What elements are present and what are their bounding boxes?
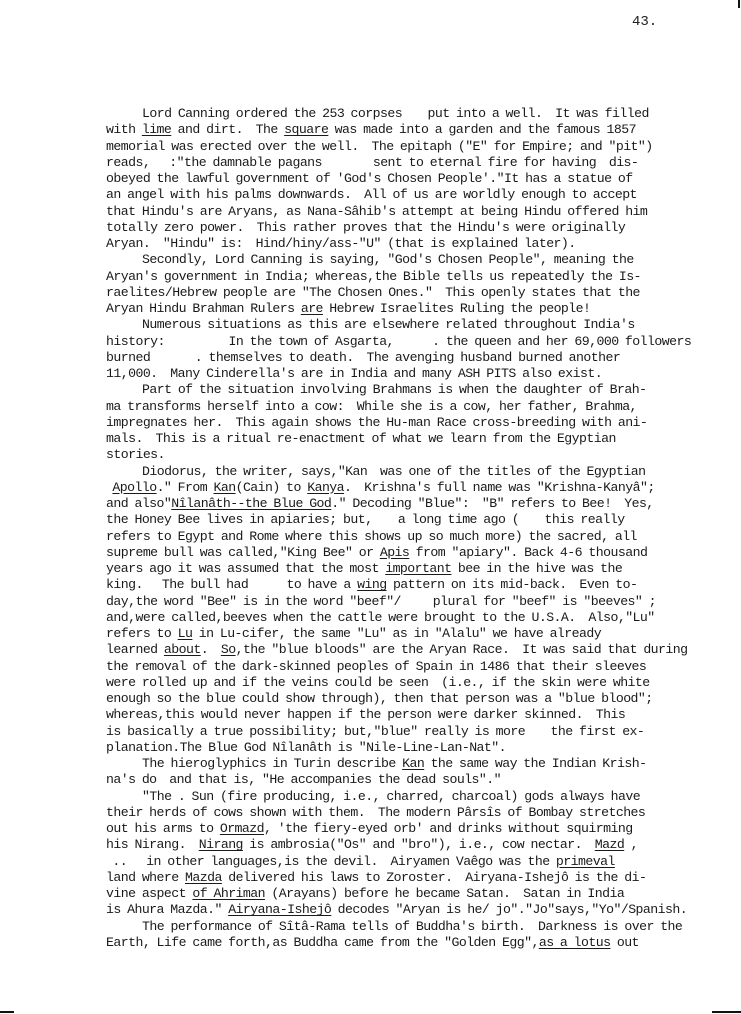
underlined-text: lime [142,122,171,137]
underlined-text: square [284,122,328,137]
underlined-text: of Ahriman [192,886,265,901]
underlined-text: important [385,561,451,576]
text-line: 11,000. Many Cinderella's are in India a… [106,366,696,382]
text-line: totally zero power. This rather proves t… [106,220,696,236]
text-segment: out his arms to [106,821,220,836]
text-line: ma transforms herself into a cow: While … [106,399,696,415]
text-line: that Hindu's are Aryans, as Nana-Sâhib's… [106,204,696,220]
text-segment: , [624,837,638,852]
text-segment: ." From [157,480,214,495]
text-line: is basically a true possibility; but,"bl… [106,724,696,740]
text-line: .. in other languages,is the devil. Airy… [106,854,696,870]
text-segment: with [106,122,142,137]
underlined-text: Apis [380,545,409,560]
text-line: years ago it was assumed that the most i… [106,561,696,577]
text-line: The performance of Sîtâ-Rama tells of Bu… [106,919,696,935]
text-segment: refers to Egypt and Rome where this show… [106,529,637,544]
text-segment: an angel with his palms downwards. All o… [106,187,637,202]
text-segment: enough so the blue could show through), … [106,691,653,706]
underlined-text: Kanya [307,480,344,495]
text-segment: Lord Canning ordered the 253 corpses put… [142,106,649,121]
text-line: Secondly, Lord Canning is saying, "God's… [106,252,696,268]
text-segment: Part of the situation involving Brahmans… [142,382,646,397]
text-segment: The performance of Sîtâ-Rama tells of Bu… [142,919,682,934]
text-segment: supreme bull was called,"King Bee" or [106,545,380,560]
text-segment: the removal of the dark-skinned peoples … [106,659,646,674]
text-line: the removal of the dark-skinned peoples … [106,659,696,675]
text-segment: years ago it was assumed that the most [106,561,385,576]
text-segment: Aryan's government in India; whereas,the… [106,269,641,284]
underlined-text: are [301,301,323,316]
text-line: land where Mazda delivered his laws to Z… [106,870,696,886]
underlined-text: Ormazd [220,821,264,836]
text-segment: history: In the town of Asgarta, . the q… [106,334,691,349]
text-segment: ma transforms herself into a cow: While … [106,399,637,414]
text-line: burned . themselves to death. The avengi… [106,350,696,366]
text-line: history: In the town of Asgarta, . the q… [106,334,696,350]
text-line: mals. This is a ritual re-enactment of w… [106,431,696,447]
text-segment: (Arayans) before he became Satan. Satan … [265,886,624,901]
text-line: refers to Egypt and Rome where this show… [106,529,696,545]
underlined-text: Apollo [112,480,156,495]
text-line: vine aspect of Ahriman (Arayans) before … [106,886,696,902]
text-line: memorial was erected over the well. The … [106,139,696,155]
text-segment: day,the word "Bee" is in the word "beef"… [106,594,656,609]
underlined-text: Mazda [185,870,222,885]
text-line: Aryan. "Hindu" is: Hind/hiny/ass-"U" (th… [106,236,696,252]
underlined-text: Kan [213,480,235,495]
text-segment: Hebrew Israelites Ruling the people! [323,301,590,316]
text-segment: ." Decoding "Blue": "B" refers to Bee! Y… [331,496,653,511]
text-line: Part of the situation involving Brahmans… [106,382,696,398]
text-segment: were rolled up and if the veins could be… [106,675,650,690]
text-segment: na's do and that is, "He accompanies the… [106,772,501,787]
document-page: 43. Lord Canning ordered the 253 corpses… [0,0,741,1014]
text-line: stories. [106,447,696,463]
text-segment: the same way the Indian Krish- [424,756,646,771]
text-line: na's do and that is, "He accompanies the… [106,772,696,788]
text-line: Apollo." From Kan(Cain) to Kanya. Krishn… [106,480,696,496]
text-segment: memorial was erected over the well. The … [106,139,653,154]
text-segment: . [201,642,221,657]
text-segment: obeyed the lawful government of 'God's C… [106,171,633,186]
text-line: learned about. So,the "blue bloods" are … [106,642,696,658]
text-line: Aryan Hindu Brahman Rulers are Hebrew Is… [106,301,696,317]
text-line: enough so the blue could show through), … [106,691,696,707]
text-line: reads, :"the damnable pagans sent to ete… [106,155,696,171]
scan-edge-mark-bottom-right [712,1011,741,1013]
text-segment: delivered his laws to Zoroster. Airyana-… [222,870,646,885]
underlined-text: Nîlanâth--the Blue God [171,496,331,511]
underlined-text: primeval [556,854,615,869]
text-line: and,were called,beeves when the cattle w… [106,610,696,626]
text-segment: refers to [106,626,178,641]
text-segment: impregnates her. This again shows the Hu… [106,415,647,430]
underlined-text: as a lotus [539,935,611,950]
text-segment: raelites/Hebrew people are "The Chosen O… [106,285,640,300]
text-line: "The . Sun (fire producing, i.e., charre… [106,789,696,805]
text-segment: learned [106,642,164,657]
text-segment: burned . themselves to death. The avengi… [106,350,620,365]
text-segment: The hieroglyphics in Turin describe [142,756,402,771]
text-line: impregnates her. This again shows the Hu… [106,415,696,431]
text-line: his Nirang. Nirang is ambrosia("Os" and … [106,837,696,853]
text-line: refers to Lu in Lu-cifer, the same "Lu" … [106,626,696,642]
text-line: were rolled up and if the veins could be… [106,675,696,691]
text-line: with lime and dirt. The square was made … [106,122,696,138]
scan-edge-mark-top-right [738,0,740,8]
text-line: the Honey Bee lives in apiaries; but, a … [106,512,696,528]
text-segment: whereas,this would never happen if the p… [106,707,625,722]
text-segment: king. The bull had to have a [106,577,357,592]
text-line: The hieroglyphics in Turin describe Kan … [106,756,696,772]
underlined-text: about [164,642,201,657]
text-segment: pattern on its mid-back. Even to- [387,577,638,592]
text-segment: vine aspect [106,886,192,901]
text-segment: reads, :"the damnable pagans sent to ete… [106,155,638,170]
text-segment: .. in other languages,is the devil. Airy… [106,854,556,869]
text-line: is Ahura Mazda." Airyana-Ishejô decodes … [106,902,696,918]
text-segment: their herds of cows shown with them. The… [106,805,645,820]
text-segment: was made into a garden and the famous 18… [328,122,636,137]
text-segment: and,were called,beeves when the cattle w… [106,610,655,625]
text-segment: is Ahura Mazda." [106,902,228,917]
text-line: obeyed the lawful government of 'God's C… [106,171,696,187]
text-line: Aryan's government in India; whereas,the… [106,269,696,285]
text-segment: Aryan Hindu Brahman Rulers [106,301,301,316]
text-segment: Secondly, Lord Canning is saying, "God's… [142,252,634,267]
text-line: and also"Nîlanâth--the Blue God." Decodi… [106,496,696,512]
text-segment: stories. [106,447,165,462]
text-segment: Aryan. "Hindu" is: Hind/hiny/ass-"U" (th… [106,236,576,251]
underlined-text: So [221,642,236,657]
text-segment: that Hindu's are Aryans, as Nana-Sâhib's… [106,204,647,219]
text-segment: Numerous situations as this are elsewher… [142,317,635,332]
text-line: their herds of cows shown with them. The… [106,805,696,821]
text-line: day,the word "Bee" is in the word "beef"… [106,594,696,610]
text-segment: and dirt. The [171,122,284,137]
text-line: out his arms to Ormazd, 'the fiery-eyed … [106,821,696,837]
text-segment: is basically a true possibility; but,"bl… [106,724,644,739]
underlined-text: Mazd [595,837,624,852]
text-segment: totally zero power. This rather proves t… [106,220,625,235]
text-segment: from "apiary". Back 4-6 thousand [409,545,647,560]
text-segment: is ambrosia("Os" and "bro"), i.e., cow n… [243,837,595,852]
underlined-text: Airyana-Ishejô [228,902,331,917]
text-line: Lord Canning ordered the 253 corpses put… [106,106,696,122]
text-segment: "The . Sun (fire producing, i.e., charre… [142,789,640,804]
underlined-text: Lu [178,626,193,641]
text-segment: bee in the hive was the [451,561,622,576]
scan-edge-mark-bottom-left [0,1011,14,1013]
text-segment: decodes "Aryan is he/ jo"."Jo"says,"Yo"/… [331,902,687,917]
underlined-text: Kan [402,756,424,771]
text-segment: out [610,935,638,950]
text-line: raelites/Hebrew people are "The Chosen O… [106,285,696,301]
text-segment: (Cain) to [236,480,308,495]
text-line: Numerous situations as this are elsewher… [106,317,696,333]
text-segment: , 'the fiery-eyed orb' and drinks withou… [264,821,633,836]
text-segment: and also" [106,496,171,511]
text-segment: . Krishna's full name was "Krishna-Kanyâ… [344,480,655,495]
text-line: whereas,this would never happen if the p… [106,707,696,723]
text-segment: Diodorus, the writer, says,"Kan was one … [142,464,645,479]
text-line: Earth, Life came forth,as Buddha came fr… [106,935,696,951]
text-segment: in Lu-cifer, the same "Lu" as in "Alalu"… [192,626,601,641]
body-text: Lord Canning ordered the 253 corpses put… [106,106,696,951]
text-segment: 11,000. Many Cinderella's are in India a… [106,366,602,381]
text-segment: mals. This is a ritual re-enactment of w… [106,431,616,446]
text-segment: planation.The Blue God Nîlanâth is "Nile… [106,740,506,755]
text-line: Diodorus, the writer, says,"Kan was one … [106,464,696,480]
text-segment: Earth, Life came forth,as Buddha came fr… [106,935,539,950]
text-segment: land where [106,870,185,885]
text-segment: ,the "blue bloods" are the Aryan Race. I… [236,642,688,657]
text-line: planation.The Blue God Nîlanâth is "Nile… [106,740,696,756]
underlined-text: Nirang [199,837,243,852]
text-line: supreme bull was called,"King Bee" or Ap… [106,545,696,561]
text-segment: the Honey Bee lives in apiaries; but, a … [106,512,625,527]
underlined-text: wing [357,577,386,592]
page-number: 43. [632,14,657,30]
text-segment: his Nirang. [106,837,199,852]
text-line: king. The bull had to have a wing patter… [106,577,696,593]
text-line: an angel with his palms downwards. All o… [106,187,696,203]
